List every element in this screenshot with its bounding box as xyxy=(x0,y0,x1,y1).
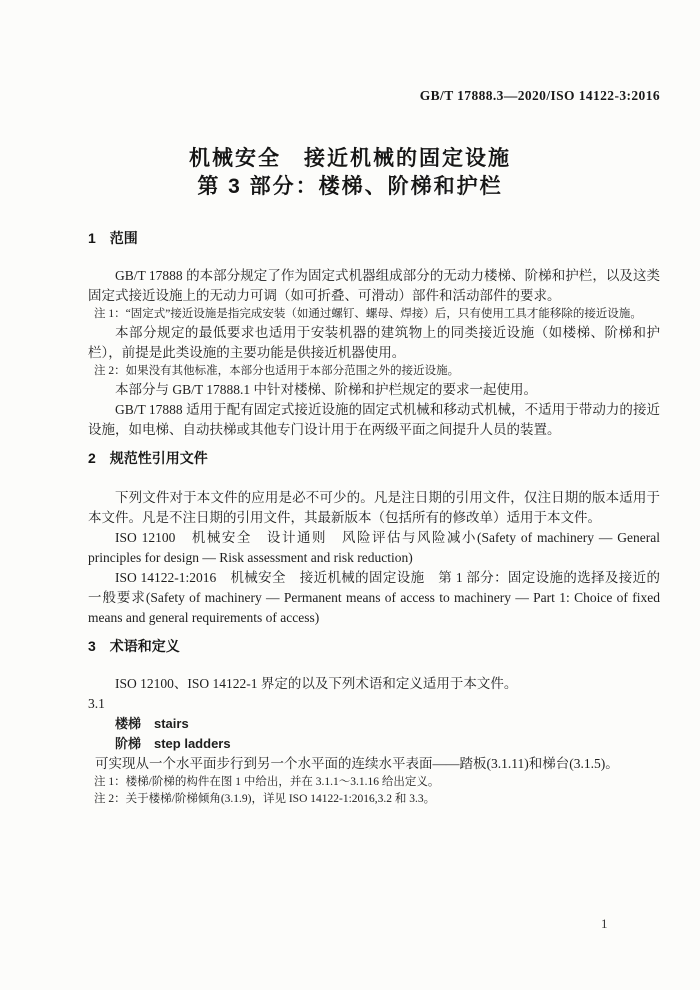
term-definition: 可实现从一个水平面步行到另一个水平面的连续水平表面——踏板(3.1.11)和梯台… xyxy=(88,754,660,774)
section-1-heading: 1 范围 xyxy=(88,228,660,248)
document-title: 机械安全 接近机械的固定设施第 3 部分：楼梯、阶梯和护栏 xyxy=(0,145,700,201)
document-title-line1: 机械安全 接近机械的固定设施 xyxy=(189,147,511,170)
standard-number-header: GB/T 17888.3—2020/ISO 14122-3:2016 xyxy=(420,88,660,104)
section-3-heading: 3 术语和定义 xyxy=(88,636,660,656)
document-title-line2: 第 3 部分：楼梯、阶梯和护栏 xyxy=(197,175,502,198)
section-2-reference-2: ISO 14122-1:2016 机械安全 接近机械的固定设施 第 1 部分：固… xyxy=(88,568,660,628)
section-2-heading: 2 规范性引用文件 xyxy=(88,448,660,468)
term-stairs: 楼梯 stairs xyxy=(115,714,660,734)
section-1-note-2: 注 2：如果没有其他标准，本部分也适用于本部分范围之外的接近设施。 xyxy=(94,363,660,380)
section-3-note-1: 注 1：楼梯/阶梯的构件在图 1 中给出，并在 3.1.1～3.1.16 给出定… xyxy=(94,774,660,791)
clause-number-3-1: 3.1 xyxy=(88,694,660,714)
section-1-paragraph-1: GB/T 17888 的本部分规定了作为固定式机器组成部分的无动力楼梯、阶梯和护… xyxy=(88,266,660,306)
section-1-paragraph-2: 本部分规定的最低要求也适用于安装机器的建筑物上的同类接近设施（如楼梯、阶梯和护栏… xyxy=(88,323,660,363)
section-3-paragraph-1: ISO 12100、ISO 14122-1 界定的以及下列术语和定义适用于本文件… xyxy=(88,674,660,694)
section-1-note-1: 注 1：“固定式”接近设施是指完成安装（如通过螺钉、螺母、焊接）后，只有使用工具… xyxy=(94,306,660,323)
section-3-note-2: 注 2：关于楼梯/阶梯倾角(3.1.9)，详见 ISO 14122-1:2016… xyxy=(94,791,660,808)
term-step-ladders: 阶梯 step ladders xyxy=(115,734,660,754)
section-2-reference-1: ISO 12100 机械安全 设计通则 风险评估与风险减小(Safety of … xyxy=(88,528,660,568)
section-2-paragraph-1: 下列文件对于本文件的应用是必不可少的。凡是注日期的引用文件，仅注日期的版本适用于… xyxy=(88,488,660,528)
section-1-paragraph-3: 本部分与 GB/T 17888.1 中针对楼梯、阶梯和护栏规定的要求一起使用。 xyxy=(88,380,660,400)
document-page: GB/T 17888.3—2020/ISO 14122-3:2016 机械安全 … xyxy=(0,0,700,990)
section-1-paragraph-4: GB/T 17888 适用于配有固定式接近设施的固定式机械和移动式机械，不适用于… xyxy=(88,400,660,440)
page-number: 1 xyxy=(601,916,608,932)
document-body: 1 范围 GB/T 17888 的本部分规定了作为固定式机器组成部分的无动力楼梯… xyxy=(88,228,660,808)
